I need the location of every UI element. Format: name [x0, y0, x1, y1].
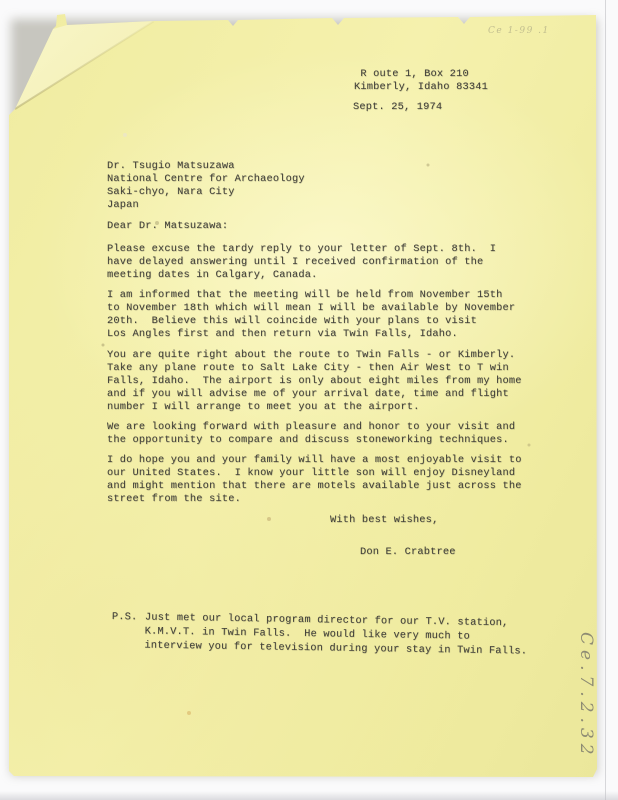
pencil-annotation-top-right: Ce 1-99 .1 — [488, 26, 550, 36]
background-mat-edge — [0, 791, 618, 800]
catalog-number-annotation: Ce.7.2.32 — [576, 632, 596, 760]
letter-date: Sept. 25, 1974 — [353, 101, 442, 114]
closing-line: With best wishes, — [330, 514, 438, 527]
signature-name: Don E. Crabtree — [360, 546, 456, 559]
letter-paper: R oute 1, Box 210 Kimberly, Idaho 83341 … — [6, 12, 598, 778]
postscript-label: P.S. — [112, 610, 138, 624]
paper-speckles — [6, 12, 8, 14]
paragraph-1: Please excuse the tardy reply to your le… — [107, 243, 496, 282]
paragraph-2: I am informed that the meeting will be h… — [107, 289, 515, 341]
postscript-text: Just met our local program director for … — [144, 611, 527, 659]
paragraph-3: You are quite right about the route to T… — [107, 349, 522, 414]
background-sheet-edge — [605, 0, 606, 800]
scan-background: R oute 1, Box 210 Kimberly, Idaho 83341 … — [0, 0, 618, 800]
recipient-address: Dr. Tsugio Matsuzawa National Centre for… — [107, 160, 305, 212]
paragraph-5: I do hope you and your family will have … — [107, 454, 522, 506]
sender-address: R oute 1, Box 210 Kimberly, Idaho 83341 — [354, 68, 488, 94]
paragraph-4: We are looking forward with pleasure and… — [107, 421, 515, 447]
salutation: Dear Dr. Matsuzawa: — [107, 220, 228, 233]
